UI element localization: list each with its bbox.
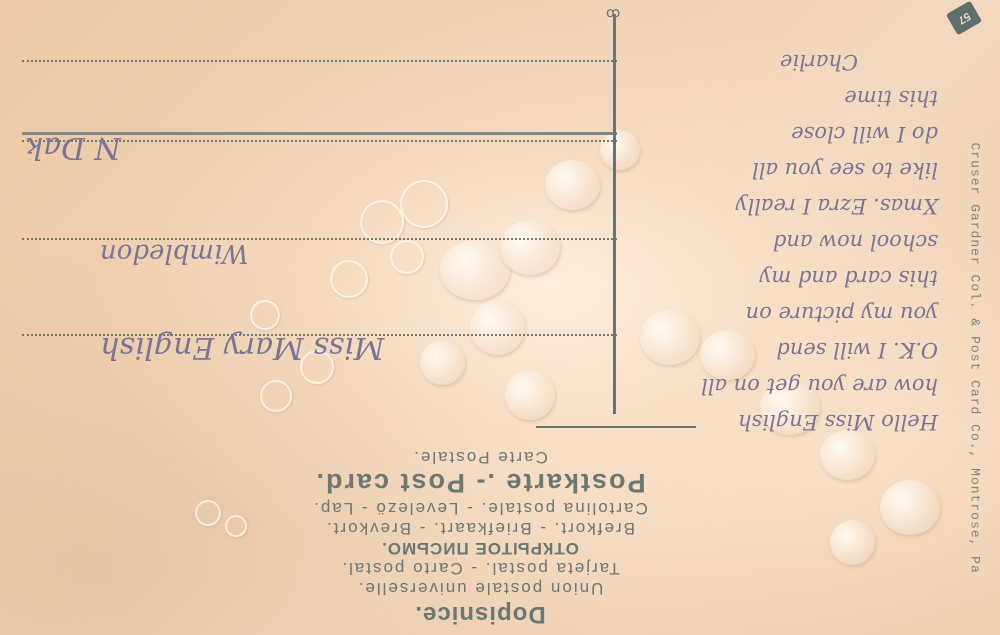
message-line: school now and bbox=[628, 224, 938, 260]
message-block: Hello Miss English how are you get on al… bbox=[628, 0, 938, 440]
header-line-tarjeta: Tarjeta postal. - Carto postal. bbox=[180, 558, 780, 578]
header-line-russian: ОТКРЫТОЕ ПИСЬМО. bbox=[180, 538, 780, 558]
message-line: Hello Miss English bbox=[628, 404, 938, 440]
stamp-corner-mark: 57 bbox=[946, 1, 982, 36]
publisher-imprint: Cruser Gardner Col. & Post Card Co., Mon… bbox=[968, 143, 983, 473]
stamp-mark-number: 57 bbox=[956, 10, 973, 27]
message-line: Xmas. Ezra I really bbox=[628, 188, 938, 224]
message-signature: Charlie bbox=[628, 44, 938, 80]
divider-ornament: ꝏ bbox=[606, 4, 620, 21]
address-city: Wimbledon bbox=[100, 238, 249, 268]
message-line: you my picture on bbox=[628, 296, 938, 332]
header-line-postkarte: Postkarte .- Post card. bbox=[180, 467, 780, 498]
message-line: do I will close bbox=[628, 116, 938, 152]
center-divider bbox=[613, 14, 616, 414]
address-line-1 bbox=[22, 60, 617, 62]
header-line-dopisnice: Dopisnice. bbox=[180, 600, 780, 628]
printed-header: Dopisnice. Union postale universelle. Ta… bbox=[180, 440, 780, 630]
header-line-union: Union postale universelle. bbox=[180, 578, 780, 598]
postcard-back: ꝏ Dopisnice. Union postale universelle. … bbox=[0, 0, 1000, 635]
header-line-carte-postale: Carte Postale. bbox=[180, 447, 780, 467]
message-line: this card and my bbox=[628, 260, 938, 296]
address-state: N Dak bbox=[25, 130, 121, 165]
message-line: like to see you all bbox=[628, 152, 938, 188]
message-line: O.K. I will send bbox=[628, 332, 938, 368]
message-line: this time bbox=[628, 80, 938, 116]
header-line-brefkort: Brefkort. - Briefkaart. - Brevkort. bbox=[180, 518, 780, 538]
message-line: how are you get on all bbox=[628, 368, 938, 404]
header-line-cartolina: Cartolina postale. - Levelezö - Lap. bbox=[180, 498, 780, 518]
address-name: Miss Mary English bbox=[100, 330, 384, 365]
